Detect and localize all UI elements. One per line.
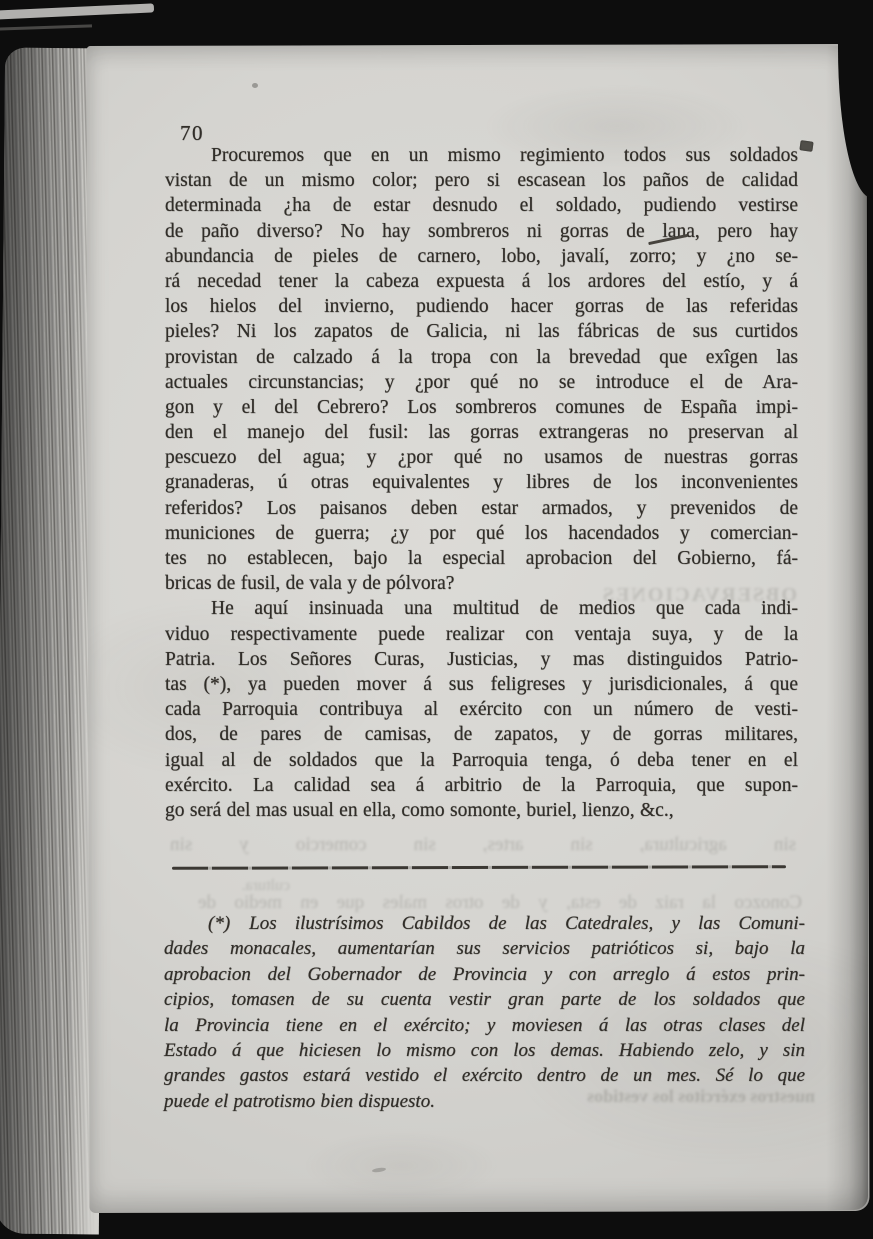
text-line: municiones de guerra; ¿y por qué los hac… (165, 521, 798, 546)
paragraph: He aquí insinuada una multitud de medios… (165, 596, 798, 823)
text-line: rá necedad tener la cabeza expuesta á lo… (165, 269, 798, 294)
text-line: actuales circunstancias; y ¿por qué no s… (165, 370, 798, 395)
ink-blot (799, 140, 813, 152)
text-line: exército. La calidad sea á arbitrio de l… (165, 773, 798, 798)
book-scan: OBSERVACIONES sin agricultura, sin artes… (0, 0, 873, 1239)
text-line: aprobacion del Gobernador de Provincia y… (164, 962, 805, 987)
text-line: grandes gastos estará vestido el exércit… (164, 1063, 805, 1088)
text-line: abundancia de pieles de carnero, lobo, j… (165, 244, 798, 269)
text-line: go será del mas usual en ella, como somo… (165, 798, 798, 823)
text-line: de paño diverso? No hay sombreros ni gor… (165, 219, 798, 244)
text-line: dades monacales, aumentarían sus servici… (164, 936, 805, 961)
text-line: vistan de un mismo color; pero si escase… (165, 168, 798, 193)
text-line: cada Parroquia contribuya al exército co… (165, 697, 798, 722)
text-line: den el manejo del fusil: las gorras extr… (165, 420, 798, 445)
text-line: granaderas, ú otras equivalentes y libre… (165, 470, 798, 495)
text-line: cipios, tomasen de su cuenta vestir gran… (164, 987, 805, 1012)
text-line: Patria. Los Señores Curas, Justicias, y … (165, 647, 798, 672)
text-line: Procuremos que en un mismo regimiento to… (165, 143, 798, 168)
text-line: Estado á que hiciesen lo mismo con los d… (164, 1038, 805, 1063)
text-line: viduo respectivamente puede realizar con… (165, 622, 798, 647)
text-line: los hielos del invierno, pudiendo hacer … (165, 294, 798, 319)
text-line: (*) Los ilustrísimos Cabildos de las Cat… (164, 911, 805, 936)
text-line: la Provincia tiene en el exército; y mov… (164, 1013, 805, 1038)
text-line: He aquí insinuada una multitud de medios… (165, 596, 798, 621)
text-line: referidos? Los paisanos deben estar arma… (165, 496, 798, 521)
scan-edge-sliver (0, 3, 154, 19)
page-fore-edge-shading (826, 46, 868, 1210)
footnote: (*) Los ilustrísimos Cabildos de las Cat… (164, 911, 805, 1114)
scan-edge-sliver-line (0, 24, 92, 30)
paragraph: Procuremos que en un mismo regimiento to… (165, 143, 798, 596)
text-line: provistan de calzado á la tropa con la b… (165, 345, 798, 370)
text-line: puede el patrotismo bien dispuesto. (164, 1089, 805, 1114)
text-line: tes no establecen, bajo la especial apro… (165, 546, 798, 571)
body-text: Procuremos que en un mismo regimiento to… (165, 143, 798, 823)
text-line: bricas de fusil, de vala y de pólvora? (165, 571, 798, 596)
text-line: pieles? Ni los zapatos de Galicia, ni la… (165, 319, 798, 344)
text-line: igual al de soldados que la Parroquia te… (165, 748, 798, 773)
text-line: dos, de pares de camisas, de zapatos, y … (165, 722, 798, 747)
text-line: pescuezo del agua; y ¿por qué no usamos … (165, 445, 798, 470)
text-line: tas (*), ya pueden mover á sus feligrese… (165, 672, 798, 697)
text-line: determinada ¿ha de estar desnudo el sold… (165, 193, 798, 218)
paper-speck (252, 83, 258, 88)
text-line: gon y el del Cebrero? Los sombreros comu… (165, 395, 798, 420)
